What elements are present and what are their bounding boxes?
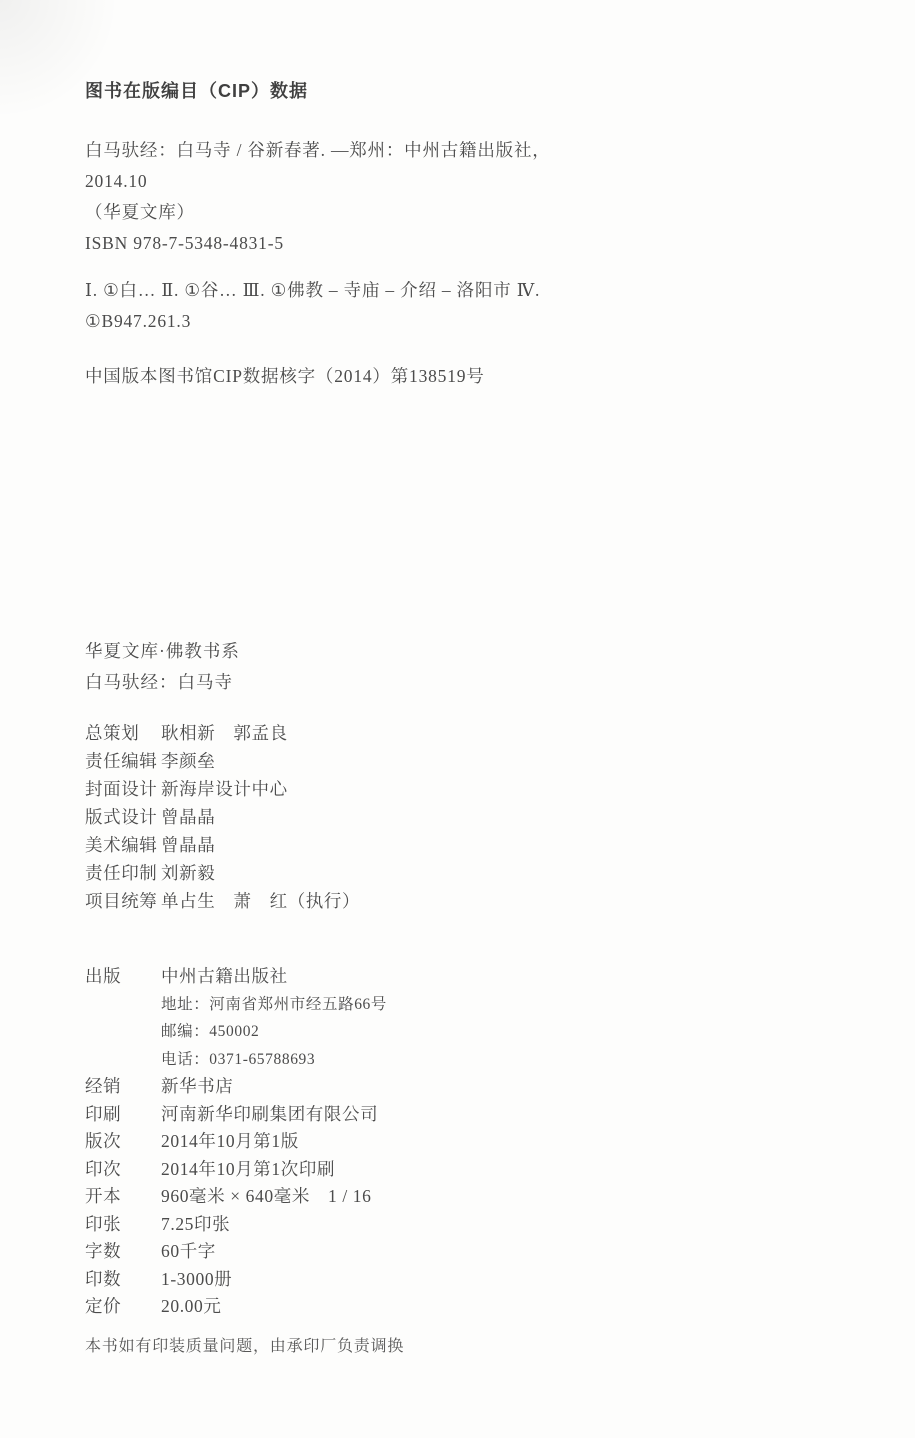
publication-value: 960毫米 × 640毫米 1 / 16 xyxy=(161,1186,371,1206)
series-block: 华夏文库·佛教书系 白马驮经：白马寺 xyxy=(85,636,240,698)
credit-label: 责任编辑 xyxy=(85,747,155,775)
cip-classification: Ⅰ. ①白… Ⅱ. ①谷… Ⅲ. ①佛教 – 寺庙 – 介绍 – 洛阳市 Ⅳ. … xyxy=(85,275,551,337)
credit-label: 封面设计 xyxy=(85,775,155,803)
cip-record-line: 2014.10 xyxy=(85,166,551,197)
credits-block: 总策划耿相新 郭孟良 责任编辑李颜垒 封面设计新海岸设计中心 版式设计曾晶晶 美… xyxy=(85,719,360,915)
book-title: 白马驮经：白马寺 xyxy=(85,667,240,698)
credit-value: 耿相新 郭孟良 xyxy=(161,723,288,743)
publication-row: 印刷河南新华印刷集团有限公司 xyxy=(85,1101,387,1129)
credit-value: 新海岸设计中心 xyxy=(161,779,288,799)
publication-row: 出版中州古籍出版社 xyxy=(85,963,387,991)
credit-label: 总策划 xyxy=(85,719,155,747)
publication-value: 60千字 xyxy=(161,1241,216,1261)
credit-row: 责任印制刘新毅 xyxy=(85,859,360,887)
publication-value: 2014年10月第1次印刷 xyxy=(161,1159,335,1179)
cip-classification-line: Ⅰ. ①白… Ⅱ. ①谷… Ⅲ. ①佛教 – 寺庙 – 介绍 – 洛阳市 Ⅳ. xyxy=(85,275,551,306)
publication-row: 定价20.00元 xyxy=(85,1293,387,1321)
publication-row: 印数1-3000册 xyxy=(85,1266,387,1294)
credit-label: 美术编辑 xyxy=(85,831,155,859)
publisher-contact: 地址：河南省郑州市经五路66号 邮编：450002 电话：0371-657886… xyxy=(85,991,387,1074)
publisher-phone: 电话：0371-65788693 xyxy=(85,1046,387,1074)
publication-label: 定价 xyxy=(85,1293,155,1321)
series-name: 华夏文库·佛教书系 xyxy=(85,636,240,667)
publication-label: 开本 xyxy=(85,1183,155,1211)
publication-value: 河南新华印刷集团有限公司 xyxy=(161,1104,378,1124)
publication-value: 2014年10月第1版 xyxy=(161,1131,299,1151)
publication-value: 新华书店 xyxy=(161,1076,233,1096)
credit-row: 封面设计新海岸设计中心 xyxy=(85,775,360,803)
publication-value: 7.25印张 xyxy=(161,1214,230,1234)
publication-row: 印张7.25印张 xyxy=(85,1211,387,1239)
publication-label: 印数 xyxy=(85,1266,155,1294)
publisher-postcode: 邮编：450002 xyxy=(85,1018,387,1046)
credit-row: 项目统筹单占生 萧 红（执行） xyxy=(85,887,360,915)
copyright-page: 图书在版编目（CIP）数据 白马驮经：白马寺 / 谷新春著. —郑州：中州古籍出… xyxy=(0,0,915,1438)
publication-value: 1-3000册 xyxy=(161,1269,232,1289)
cip-registry-line: 中国版本图书馆CIP数据核字（2014）第138519号 xyxy=(85,361,551,392)
publication-value: 中州古籍出版社 xyxy=(161,966,288,986)
cip-record-line: （华夏文库） xyxy=(85,197,551,228)
publisher-address: 地址：河南省郑州市经五路66号 xyxy=(85,991,387,1019)
credit-row: 责任编辑李颜垒 xyxy=(85,747,360,775)
credit-value: 刘新毅 xyxy=(161,863,215,883)
publication-label: 印刷 xyxy=(85,1101,155,1129)
credit-label: 版式设计 xyxy=(85,803,155,831)
publication-label: 印张 xyxy=(85,1211,155,1239)
credit-label: 项目统筹 xyxy=(85,887,155,915)
cip-record: 白马驮经：白马寺 / 谷新春著. —郑州：中州古籍出版社， 2014.10 （华… xyxy=(85,135,551,259)
cip-record-line: ISBN 978-7-5348-4831-5 xyxy=(85,228,551,259)
quality-note: 本书如有印装质量问题，由承印厂负责调换 xyxy=(85,1336,404,1358)
publication-row: 经销新华书店 xyxy=(85,1073,387,1101)
credit-label: 责任印制 xyxy=(85,859,155,887)
credit-value: 曾晶晶 xyxy=(161,835,215,855)
publication-label: 印次 xyxy=(85,1156,155,1184)
cip-classification-line: ①B947.261.3 xyxy=(85,306,551,337)
publication-block: 出版中州古籍出版社 地址：河南省郑州市经五路66号 邮编：450002 电话：0… xyxy=(85,963,387,1321)
publication-row: 印次2014年10月第1次印刷 xyxy=(85,1156,387,1184)
credit-value: 李颜垒 xyxy=(161,751,215,771)
publication-row: 字数60千字 xyxy=(85,1238,387,1266)
credit-row: 版式设计曾晶晶 xyxy=(85,803,360,831)
publication-label: 版次 xyxy=(85,1128,155,1156)
credit-value: 曾晶晶 xyxy=(161,807,215,827)
publication-label: 字数 xyxy=(85,1238,155,1266)
publication-row: 版次2014年10月第1版 xyxy=(85,1128,387,1156)
publication-row: 开本960毫米 × 640毫米 1 / 16 xyxy=(85,1183,387,1211)
credit-row: 美术编辑曾晶晶 xyxy=(85,831,360,859)
cip-heading: 图书在版编目（CIP）数据 xyxy=(85,80,551,102)
cip-record-line: 白马驮经：白马寺 / 谷新春著. —郑州：中州古籍出版社， xyxy=(85,135,551,166)
credit-value: 单占生 萧 红（执行） xyxy=(161,891,360,911)
publication-value: 20.00元 xyxy=(161,1296,221,1316)
credit-row: 总策划耿相新 郭孟良 xyxy=(85,719,360,747)
cip-block: 图书在版编目（CIP）数据 白马驮经：白马寺 / 谷新春著. —郑州：中州古籍出… xyxy=(85,80,551,392)
publication-label: 经销 xyxy=(85,1073,155,1101)
publication-label: 出版 xyxy=(85,963,155,991)
